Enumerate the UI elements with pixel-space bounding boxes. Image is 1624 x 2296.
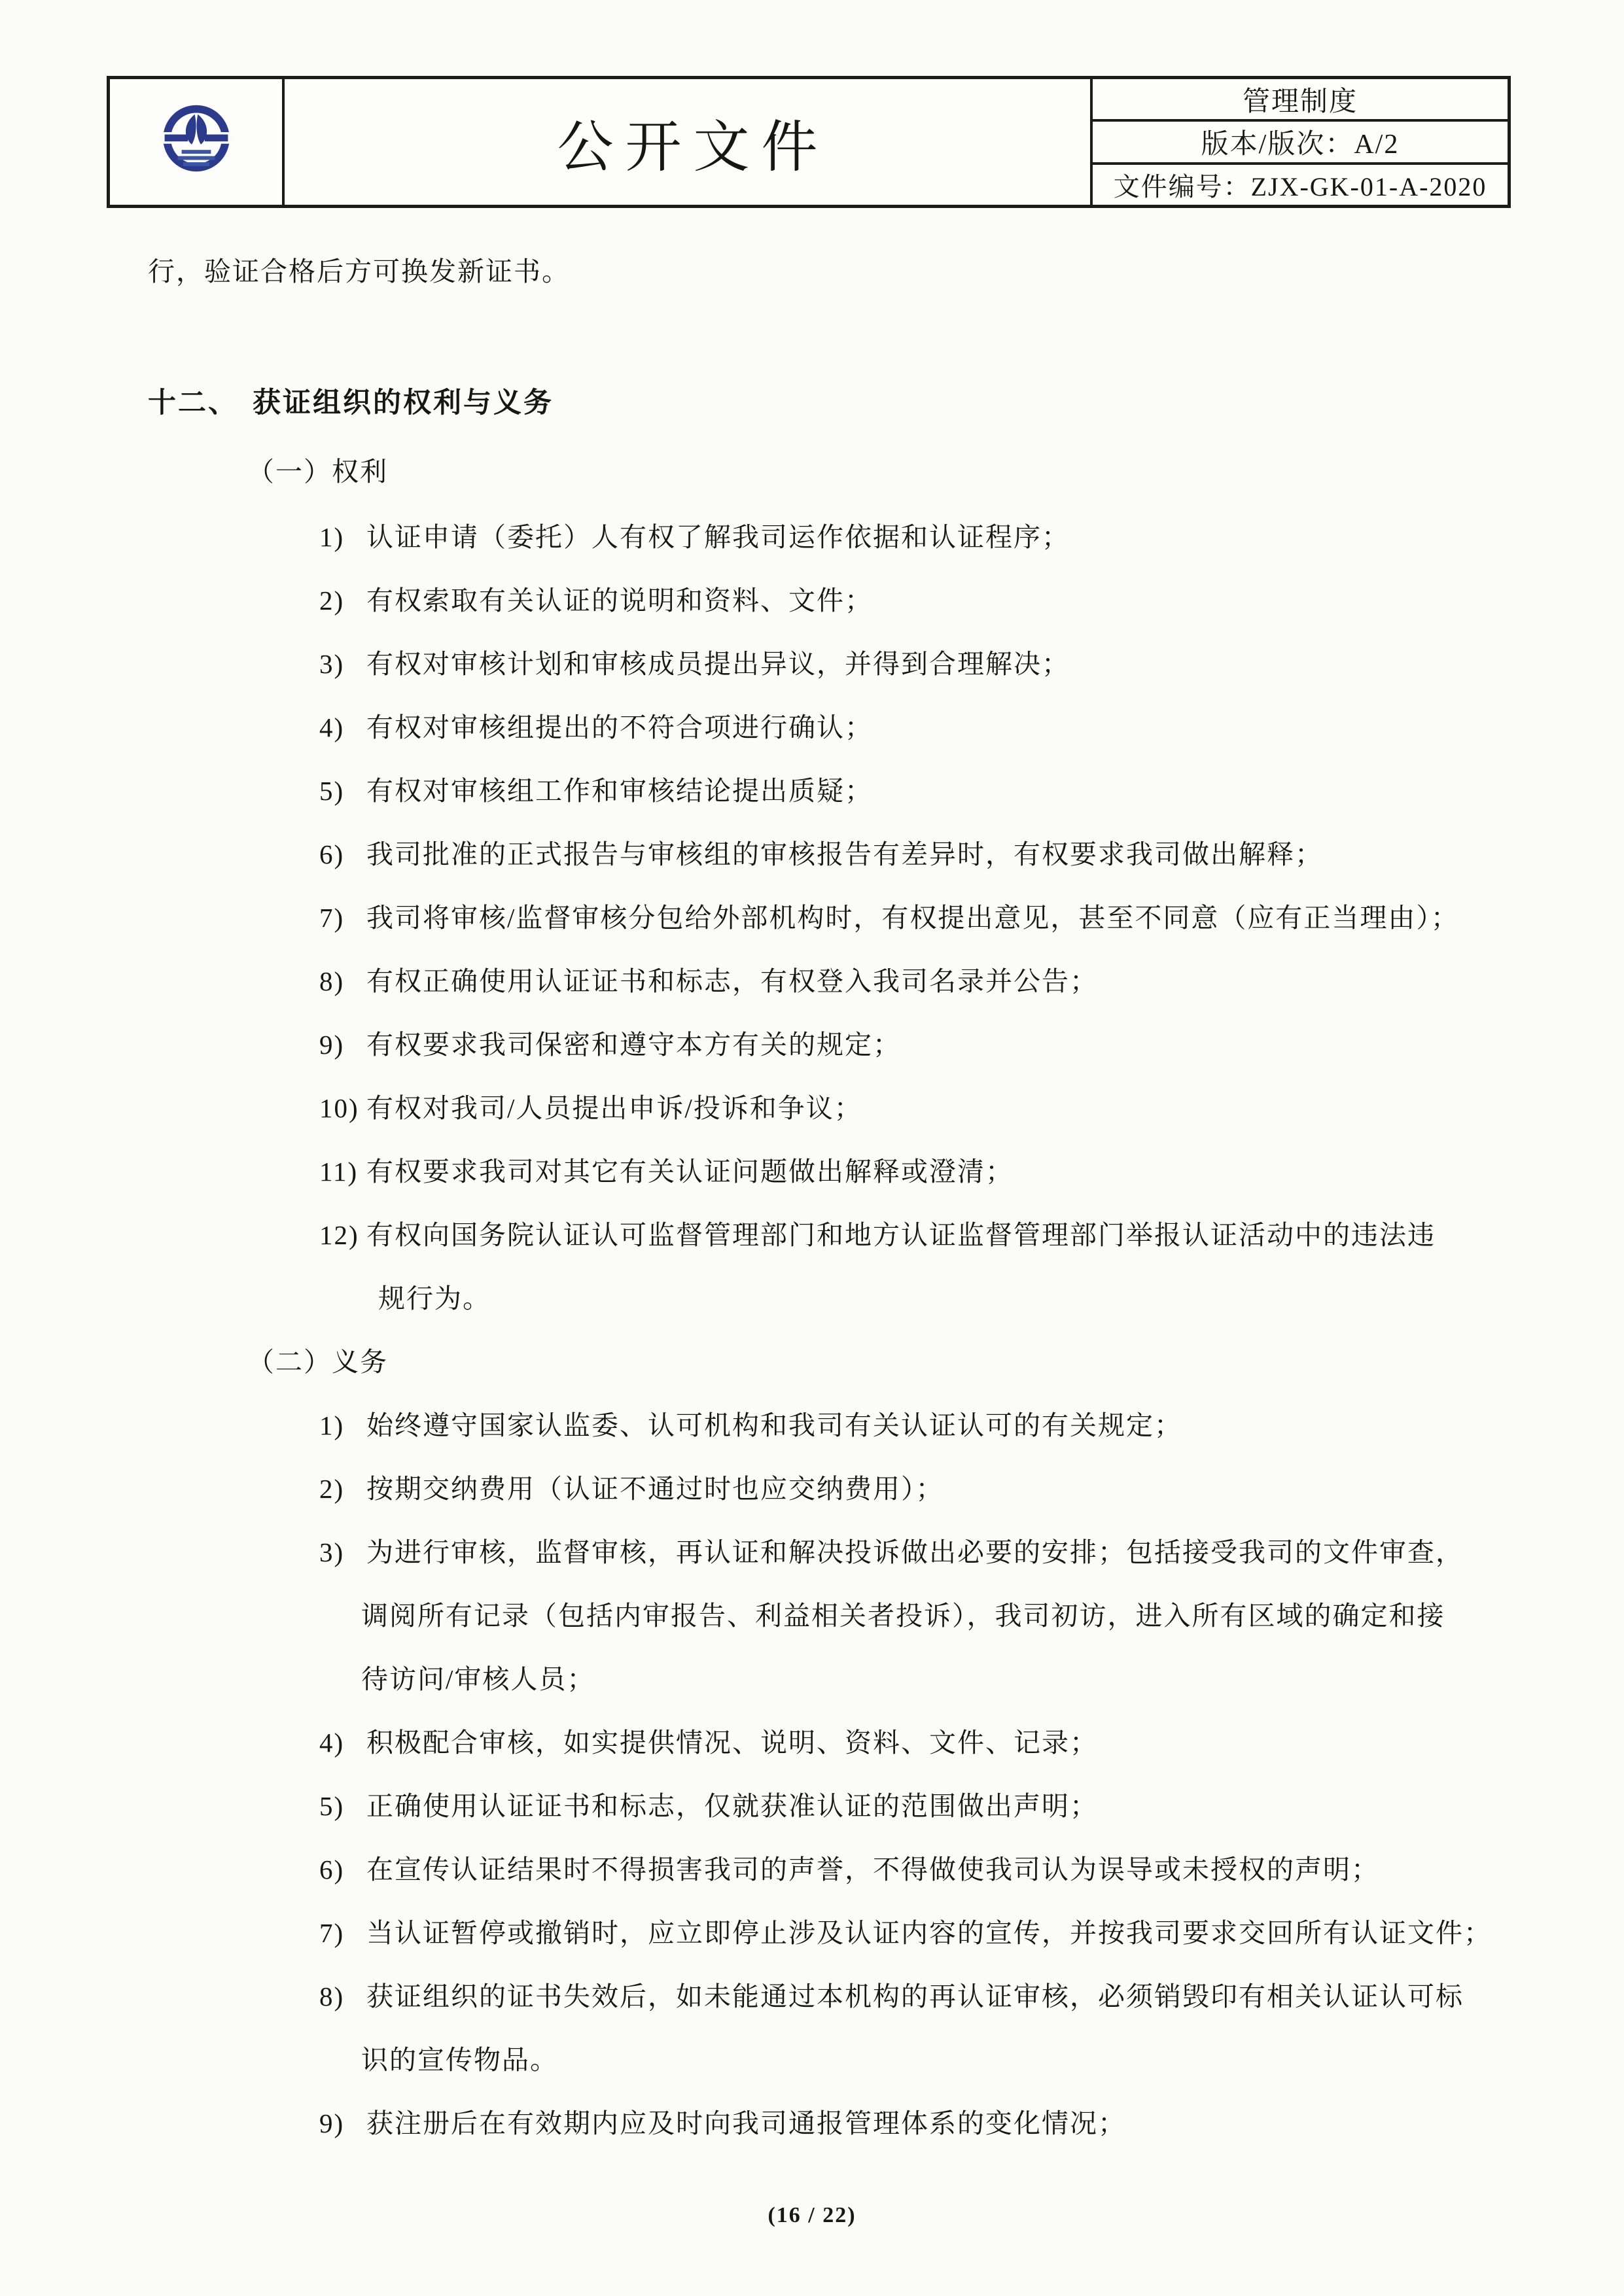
doc-version: 版本/版次：A/2 [1093,122,1508,164]
subsection-rights: （一）权利 [247,450,388,489]
rights-item: 5)有权对审核组工作和审核结论提出质疑； [319,769,873,808]
obligations-item: 9)获注册后在有效期内应及时向我司通报管理体系的变化情况； [319,2102,1126,2140]
list-item-number: 10) [319,1092,366,1124]
list-item-text: 有权对审核计划和审核成员提出异议，并得到合理解决； [366,649,1070,679]
rights-item: 3)有权对审核计划和审核成员提出异议，并得到合理解决； [319,642,1070,681]
obligations-item: 5)正确使用认证证书和标志，仅就获准认证的范围做出声明； [319,1784,1098,1823]
rights-item: 12)有权向国务院认证认可监督管理部门和地方认证监督管理部门举报认证活动中的违法… [319,1213,1436,1252]
logo-cell [110,79,285,205]
company-logo-icon [158,100,235,184]
section-heading: 十二、获证组织的权利与义务 [148,381,554,421]
list-item-number: 6) [319,839,366,870]
list-item-number: 7) [319,1917,366,1949]
rights-item: 11)有权要求我司对其它有关认证问题做出解释或澄清； [319,1150,1014,1189]
section-title: 获证组织的权利与义务 [253,388,554,419]
list-item-text: 有权对审核组工作和审核结论提出质疑； [366,776,873,806]
list-item-text: 有权向国务院认证认可监督管理部门和地方认证监督管理部门举报认证活动中的违法违 [366,1220,1436,1250]
list-item-number: 8) [319,965,366,997]
list-item-text: 获证组织的证书失效后，如未能通过本机构的再认证审核，必须销毁印有相关认证认可标 [366,1981,1464,2011]
subsection-obligations: （二）义务 [247,1340,388,1379]
list-item-text: 在宣传认证结果时不得损害我司的声誉，不得做使我司认为误导或未授权的声明； [366,1854,1379,1885]
header-meta: 管理制度 版本/版次：A/2 文件编号：ZJX-GK-01-A-2020 [1090,79,1508,205]
doc-type: 管理制度 [1093,79,1508,122]
rights-item: 9)有权要求我司保密和遵守本方有关的规定； [319,1023,901,1062]
list-item-text: 获注册后在有效期内应及时向我司通报管理体系的变化情况； [366,2108,1126,2138]
list-item-number: 4) [319,1727,366,1758]
obligations-item-continuation: 识的宣传物品。 [361,2038,558,2077]
list-item-number: 5) [319,775,366,807]
obligations-item: 4)积极配合审核，如实提供情况、说明、资料、文件、记录； [319,1721,1098,1760]
list-item-text: 当认证暂停或撤销时，应立即停止涉及认证内容的宣传，并按我司要求交回所有认证文件； [366,1918,1492,1948]
obligations-item-continuation: 待访问/审核人员； [361,1658,595,1696]
list-item-number: 2) [319,1473,366,1505]
list-item-text: 正确使用认证证书和标志，仅就获准认证的范围做出声明； [366,1791,1098,1821]
list-item-number: 1) [319,1410,366,1441]
rights-item: 7)我司将审核/监督审核分包给外部机构时，有权提出意见，甚至不同意（应有正当理由… [319,896,1459,935]
rights-item: 2)有权索取有关认证的说明和资料、文件； [319,579,873,617]
rights-item: 1)认证申请（委托）人有权了解我司运作依据和认证程序； [319,515,1070,554]
list-item-text: 我司批准的正式报告与审核组的审核报告有差异时，有权要求我司做出解释； [366,839,1323,869]
list-item-number: 6) [319,1854,366,1885]
list-item-text: 有权对我司/人员提出申诉/投诉和争议； [366,1093,862,1123]
rights-item-continuation: 规行为。 [378,1277,491,1315]
list-item-number: 5) [319,1790,366,1822]
list-item-text: 有权对审核组提出的不符合项进行确认； [366,712,873,742]
document-page: 公开文件 管理制度 版本/版次：A/2 文件编号：ZJX-GK-01-A-202… [0,0,1624,2296]
obligations-item: 1)始终遵守国家认监委、认可机构和我司有关认证认可的有关规定； [319,1404,1182,1442]
list-item-number: 2) [319,585,366,616]
obligations-item: 2)按期交纳费用（认证不通过时也应交纳费用）； [319,1467,944,1506]
list-item-text: 有权索取有关认证的说明和资料、文件； [366,585,873,616]
list-item-number: 4) [319,712,366,743]
rights-item: 6)我司批准的正式报告与审核组的审核报告有差异时，有权要求我司做出解释； [319,833,1323,871]
doc-number: 文件编号：ZJX-GK-01-A-2020 [1093,165,1508,205]
intro-line: 行，验证合格后方可换发新证书。 [148,250,570,288]
rights-item: 4)有权对审核组提出的不符合项进行确认； [319,706,873,744]
list-item-text: 按期交纳费用（认证不通过时也应交纳费用）； [366,1474,944,1504]
list-item-text: 始终遵守国家认监委、认可机构和我司有关认证认可的有关规定； [366,1410,1182,1440]
list-item-number: 3) [319,648,366,680]
list-item-text: 为进行审核，监督审核，再认证和解决投诉做出必要的安排；包括接受我司的文件审查， [366,1537,1464,1567]
rights-item: 10)有权对我司/人员提出申诉/投诉和争议； [319,1087,862,1125]
page-number: (16 / 22) [0,2203,1624,2228]
list-item-text: 我司将审核/监督审核分包给外部机构时，有权提出意见，甚至不同意（应有正当理由）； [366,903,1459,933]
list-item-number: 3) [319,1537,366,1568]
obligations-item-continuation: 调阅所有记录（包括内审报告、利益相关者投诉），我司初访，进入所有区域的确定和接 [361,1594,1445,1633]
list-item-text: 认证申请（委托）人有权了解我司运作依据和认证程序； [366,522,1070,552]
document-title: 公开文件 [285,79,1090,205]
list-item-text: 有权要求我司保密和遵守本方有关的规定； [366,1030,901,1060]
list-item-number: 12) [319,1219,366,1251]
header-table: 公开文件 管理制度 版本/版次：A/2 文件编号：ZJX-GK-01-A-202… [107,76,1511,208]
list-item-number: 1) [319,521,366,553]
list-item-number: 7) [319,902,366,933]
section-number: 十二、 [148,381,253,421]
list-item-number: 9) [319,1029,366,1060]
obligations-item: 7)当认证暂停或撤销时，应立即停止涉及认证内容的宣传，并按我司要求交回所有认证文… [319,1911,1492,1950]
list-item-number: 11) [319,1156,366,1187]
list-item-number: 9) [319,2108,366,2139]
rights-item: 8)有权正确使用认证证书和标志，有权登入我司名录并公告； [319,960,1098,998]
list-item-text: 积极配合审核，如实提供情况、说明、资料、文件、记录； [366,1728,1098,1758]
obligations-item: 3)为进行审核，监督审核，再认证和解决投诉做出必要的安排；包括接受我司的文件审查… [319,1531,1464,1569]
list-item-text: 有权要求我司对其它有关认证问题做出解释或澄清； [366,1157,1014,1187]
list-item-text: 有权正确使用认证证书和标志，有权登入我司名录并公告； [366,966,1098,996]
list-item-number: 8) [319,1981,366,2012]
obligations-item: 8)获证组织的证书失效后，如未能通过本机构的再认证审核，必须销毁印有相关认证认可… [319,1975,1464,2013]
obligations-item: 6)在宣传认证结果时不得损害我司的声誉，不得做使我司认为误导或未授权的声明； [319,1848,1379,1887]
